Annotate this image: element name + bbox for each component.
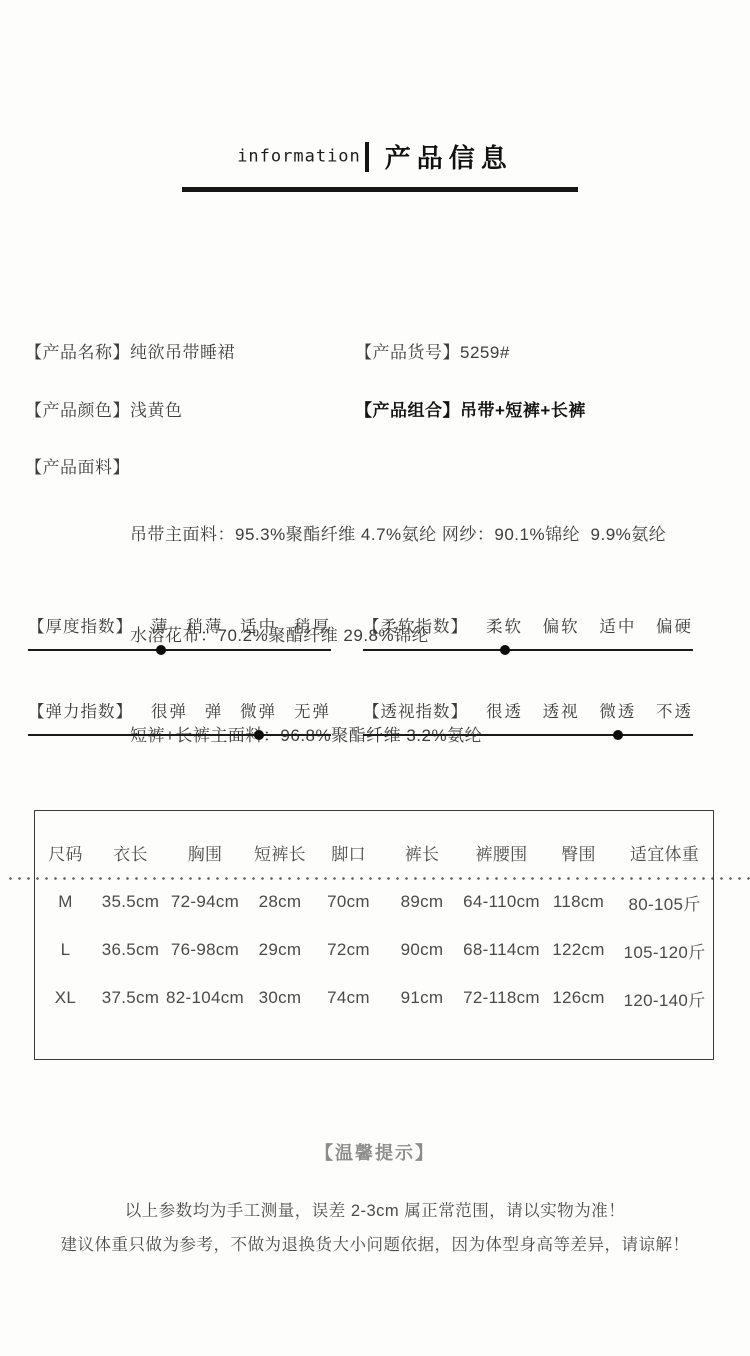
product-color-field: 【产品颜色】浅黄色 (25, 396, 183, 421)
table-cell: 30cm (245, 974, 315, 1022)
table-cell: 68-114cm (462, 926, 541, 974)
elasticity-index-scale: 【弹力指数】 很弹 弹 微弹 无弹 (28, 697, 331, 736)
table-cell: 74cm (315, 974, 382, 1022)
index-option: 透视 (543, 698, 580, 722)
column-header: 短裤长 (245, 811, 315, 878)
fabric-line-1: 吊带主面料：95.3%聚酯纤维 4.7%氨纶 网纱：90.1%锦纶 9.9%氨纶 (130, 518, 666, 552)
table-cell: L (35, 926, 96, 974)
index-option: 很透 (486, 698, 523, 722)
table-cell: XL (35, 974, 96, 1022)
product-color-value: 浅黄色 (130, 401, 183, 420)
header-english-label: information (237, 147, 361, 167)
product-sku-field: 【产品货号】5259# (355, 338, 510, 363)
index-option: 稍薄 (186, 613, 223, 637)
column-header: 适宜体重 (616, 811, 713, 878)
index-option: 柔软 (486, 613, 523, 637)
index-marker-dot (613, 730, 623, 740)
table-cell: 29cm (245, 926, 315, 974)
index-option: 弹 (205, 698, 224, 722)
product-name-value: 纯欲吊带睡裙 (130, 343, 235, 362)
index-option: 适中 (599, 613, 636, 637)
product-sku-label: 【产品货号】 (355, 343, 460, 362)
index-option: 适中 (240, 613, 277, 637)
table-cell: 89cm (382, 878, 462, 926)
transparency-index-label: 【透视指数】 (363, 698, 468, 722)
tip-line-1: 以上参数均为手工测量，误差 2-3cm 属正常范围，请以实物为准！ (0, 1197, 750, 1221)
table-row-size-m: M 35.5cm 72-94cm 28cm 70cm 89cm 64-110cm… (35, 878, 713, 926)
thickness-index-scale: 【厚度指数】 薄 稍薄 适中 稍厚 (28, 612, 331, 651)
transparency-index-scale: 【透视指数】 很透 透视 微透 不透 (363, 697, 693, 736)
page-title: 产品信息 (385, 143, 513, 173)
table-cell: 70cm (315, 878, 382, 926)
table-cell: 80-105斤 (616, 878, 713, 926)
product-name-label: 【产品名称】 (25, 343, 130, 362)
thickness-index-label: 【厚度指数】 (28, 613, 133, 637)
product-color-label: 【产品颜色】 (25, 401, 130, 420)
header-divider-bar (365, 142, 369, 172)
softness-index-label: 【柔软指数】 (363, 613, 468, 637)
column-header: 裤腰围 (462, 811, 541, 878)
warm-tips-title: 【温馨提示】 (0, 1139, 750, 1165)
table-row-size-xl: XL 37.5cm 82-104cm 30cm 74cm 91cm 72-118… (35, 974, 713, 1022)
header-underline (182, 187, 578, 192)
table-cell: 28cm (245, 878, 315, 926)
product-combo-field: 【产品组合】吊带+短裤+长裤 (355, 396, 586, 421)
table-cell: 72-118cm (462, 974, 541, 1022)
tip-line-2: 建议体重只做为参考，不做为退换货大小问题依据，因为体型身高等差异，请谅解！ (0, 1231, 750, 1255)
index-scale-line (363, 649, 693, 651)
index-scale-line (28, 649, 331, 651)
page-header: information产品信息 (0, 138, 750, 175)
index-scale-line (363, 734, 693, 736)
index-option: 薄 (151, 613, 170, 637)
index-option: 偏硬 (656, 613, 693, 637)
table-cell: M (35, 878, 96, 926)
table-cell: 90cm (382, 926, 462, 974)
table-cell: 76-98cm (165, 926, 245, 974)
table-cell: 91cm (382, 974, 462, 1022)
table-cell: 37.5cm (96, 974, 165, 1022)
index-option: 微弹 (240, 698, 277, 722)
product-fabric-label: 【产品面料】 (25, 451, 130, 484)
table-cell: 120-140斤 (616, 974, 713, 1022)
softness-index-scale: 【柔软指数】 柔软 偏软 适中 偏硬 (363, 612, 693, 651)
table-cell: 72-94cm (165, 878, 245, 926)
table-row-size-l: L 36.5cm 76-98cm 29cm 72cm 90cm 68-114cm… (35, 926, 713, 974)
column-header: 衣长 (96, 811, 165, 878)
index-marker-dot (156, 645, 166, 655)
column-header: 尺码 (35, 811, 96, 878)
product-sku-value: 5259# (460, 343, 510, 362)
column-header: 臀围 (541, 811, 616, 878)
table-cell: 72cm (315, 926, 382, 974)
index-option: 不透 (656, 698, 693, 722)
size-table: 尺码 衣长 胸围 短裤长 脚口 裤长 裤腰围 臀围 适宜体重 M 35.5cm … (34, 810, 714, 1060)
index-option: 稍厚 (294, 613, 331, 637)
table-cell: 118cm (541, 878, 616, 926)
product-combo-value: 吊带+短裤+长裤 (460, 401, 586, 420)
size-table-header-row: 尺码 衣长 胸围 短裤长 脚口 裤长 裤腰围 臀围 适宜体重 (35, 811, 713, 878)
index-marker-dot (500, 645, 510, 655)
column-header: 胸围 (165, 811, 245, 878)
table-cell: 122cm (541, 926, 616, 974)
product-name-field: 【产品名称】纯欲吊带睡裙 (25, 338, 235, 363)
table-cell: 82-104cm (165, 974, 245, 1022)
table-cell: 36.5cm (96, 926, 165, 974)
table-cell: 35.5cm (96, 878, 165, 926)
elasticity-index-label: 【弹力指数】 (28, 698, 133, 722)
index-scale-line (28, 734, 331, 736)
column-header: 脚口 (315, 811, 382, 878)
index-option: 无弹 (294, 698, 331, 722)
table-cell: 126cm (541, 974, 616, 1022)
index-option: 偏软 (543, 613, 580, 637)
product-combo-label: 【产品组合】 (355, 401, 460, 420)
column-header: 裤长 (382, 811, 462, 878)
index-marker-dot (254, 730, 264, 740)
table-cell: 105-120斤 (616, 926, 713, 974)
index-option: 微透 (599, 698, 636, 722)
index-option: 很弹 (151, 698, 188, 722)
table-cell: 64-110cm (462, 878, 541, 926)
